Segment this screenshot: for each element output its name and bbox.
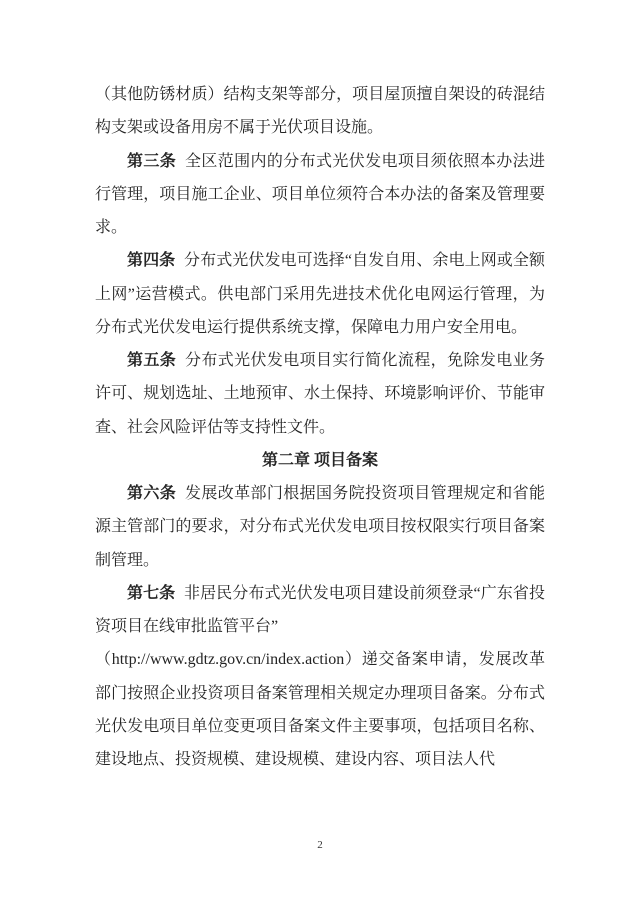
paragraph-article-5: 第五条分布式光伏发电项目实行简化流程，免除发电业务许可、规划选址、土地预审、水土… — [95, 344, 545, 444]
paragraph-continuation: （其他防锈材质）结构支架等部分，项目屋顶擅自架设的砖混结构支架或设备用房不属于光… — [95, 78, 545, 145]
paragraph-text: （http://www.gdtz.gov.cn/index.action）递交备… — [95, 651, 545, 768]
article-term: 第三条 — [127, 153, 176, 170]
article-term: 第七条 — [127, 585, 175, 602]
paragraph-text: （其他防锈材质）结构支架等部分，项目屋顶擅自架设的砖混结构支架或设备用房不属于光… — [95, 86, 545, 136]
paragraph-url-continuation: （http://www.gdtz.gov.cn/index.action）递交备… — [95, 643, 545, 776]
paragraph-article-4: 第四条分布式光伏发电可选择“自发自用、余电上网或全额上网”运营模式。供电部门采用… — [95, 244, 545, 344]
paragraph-article-7: 第七条非居民分布式光伏发电项目建设前须登录“广东省投资项目在线审批监管平台” — [95, 577, 545, 644]
article-term: 第六条 — [127, 485, 176, 502]
article-term: 第四条 — [127, 252, 175, 269]
document-page: （其他防锈材质）结构支架等部分，项目屋顶擅自架设的砖混结构支架或设备用房不属于光… — [0, 0, 640, 905]
page-number: 2 — [0, 838, 640, 852]
article-term: 第五条 — [127, 352, 176, 369]
chapter-heading: 第二章 项目备案 — [95, 444, 545, 477]
document-body: （其他防锈材质）结构支架等部分，项目屋顶擅自架设的砖混结构支架或设备用房不属于光… — [95, 78, 545, 776]
paragraph-article-6: 第六条发展改革部门根据国务院投资项目管理规定和省能源主管部门的要求，对分布式光伏… — [95, 477, 545, 577]
paragraph-article-3: 第三条全区范围内的分布式光伏发电项目须依照本办法进行管理，项目施工企业、项目单位… — [95, 145, 545, 245]
